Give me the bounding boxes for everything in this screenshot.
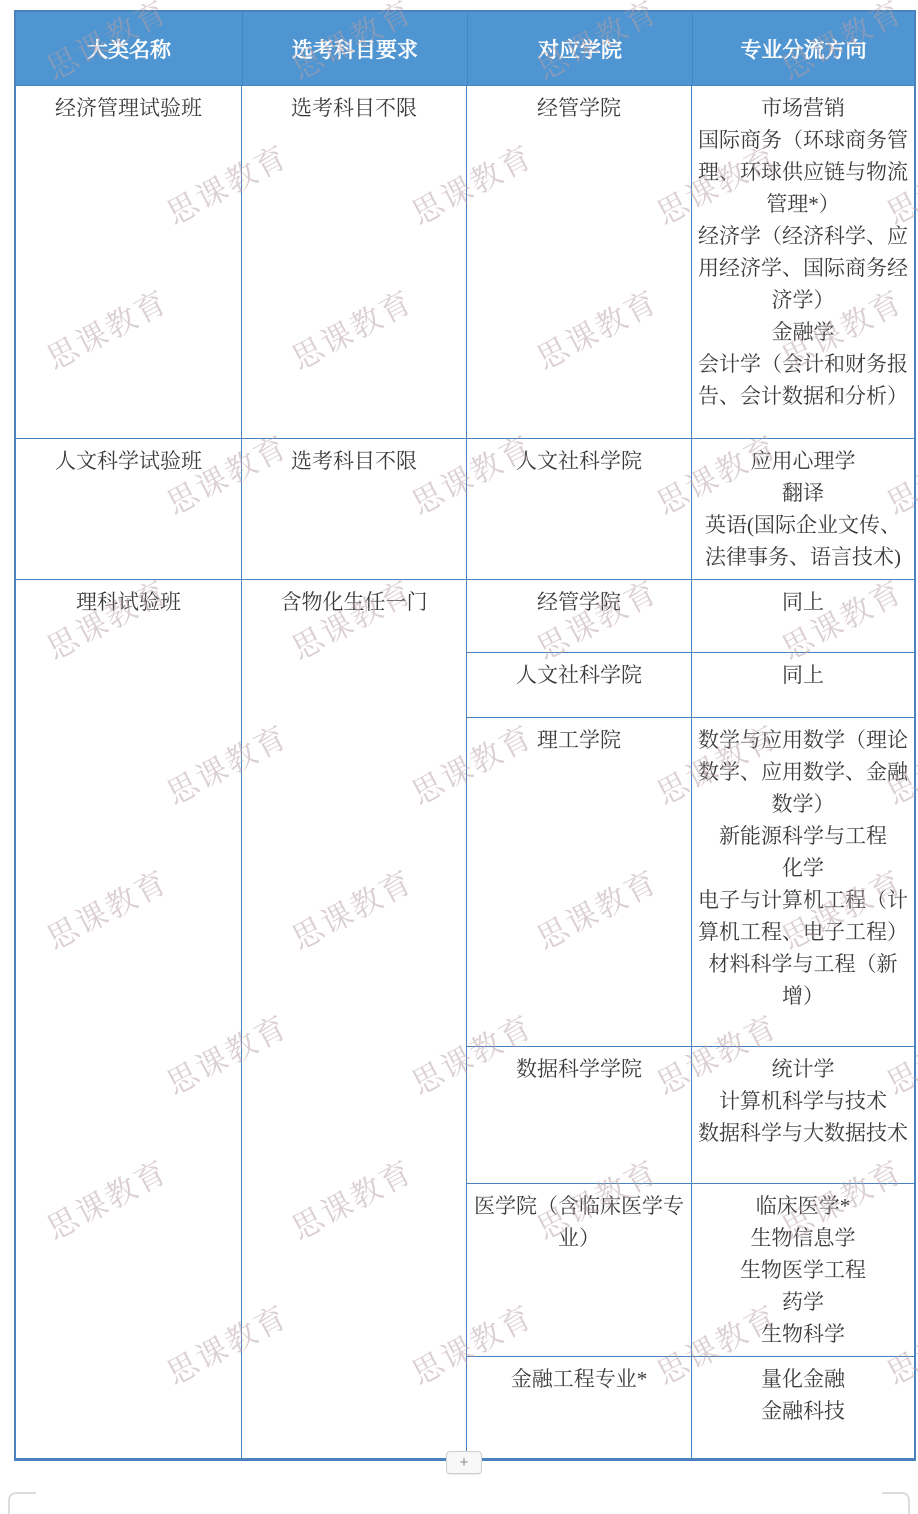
requirement-cell: 选考科目不限	[242, 439, 467, 579]
major-item: 同上	[696, 659, 910, 691]
header-category: 大类名称	[16, 12, 242, 85]
major-item: 金融学	[696, 316, 910, 348]
major-item: 新能源科学与工程	[696, 820, 910, 852]
college-cell: 人文社科学院	[467, 439, 692, 579]
major-item: 生物科学	[696, 1318, 910, 1350]
header-subject-requirement: 选考科目要求	[242, 12, 467, 85]
requirement-cell: 选考科目不限	[242, 86, 467, 438]
college-cell: 经管学院	[467, 580, 692, 652]
college-cell: 数据科学学院	[467, 1047, 692, 1183]
majors-cell: 市场营销国际商务（环球商务管理、环球供应链与物流管理*）经济学（经济科学、应用经…	[692, 86, 914, 438]
major-item: 数据科学与大数据技术	[696, 1117, 910, 1149]
college-cell: 医学院（含临床医学专业）	[467, 1184, 692, 1356]
major-item: 临床医学*	[696, 1190, 910, 1222]
college-cell: 经管学院	[467, 86, 692, 438]
majors-cell: 同上	[692, 653, 914, 717]
major-item: 市场营销	[696, 92, 910, 124]
major-item: 材料科学与工程（新增）	[696, 948, 910, 1012]
major-item: 经济学（经济科学、应用经济学、国际商务经济学）	[696, 220, 910, 316]
major-item: 化学	[696, 852, 910, 884]
major-item: 金融科技	[696, 1395, 910, 1427]
college-cell: 理工学院	[467, 718, 692, 1046]
major-item: 统计学	[696, 1053, 910, 1085]
majors-cell: 同上	[692, 580, 914, 652]
category-cell: 经济管理试验班	[16, 86, 242, 438]
majors-cell: 应用心理学翻译英语(国际企业文传、法律事务、语言技术)	[692, 439, 914, 579]
major-item: 电子与计算机工程（计算机工程、电子工程）	[696, 884, 910, 948]
category-cell: 理科试验班	[16, 580, 242, 1458]
major-item: 英语(国际企业文传、法律事务、语言技术)	[696, 509, 910, 573]
major-item: 计算机科学与技术	[696, 1085, 910, 1117]
college-subrow: 理工学院数学与应用数学（理论数学、应用数学、金融数学）新能源科学与工程化学电子与…	[467, 717, 914, 1046]
table-header-row: 大类名称 选考科目要求 对应学院 专业分流方向	[16, 12, 914, 85]
table-row: 理科试验班含物化生任一门经管学院同上人文社科学院同上理工学院数学与应用数学（理论…	[16, 579, 914, 1458]
college-subrow: 医学院（含临床医学专业）临床医学*生物信息学生物医学工程药学生物科学	[467, 1183, 914, 1356]
majors-cell: 临床医学*生物信息学生物医学工程药学生物科学	[692, 1184, 914, 1356]
college-subrow: 经管学院同上	[467, 580, 914, 652]
header-college: 对应学院	[467, 12, 692, 85]
table-body: 经济管理试验班选考科目不限经管学院市场营销国际商务（环球商务管理、环球供应链与物…	[16, 85, 914, 1458]
major-item: 药学	[696, 1286, 910, 1318]
major-item: 数学与应用数学（理论数学、应用数学、金融数学）	[696, 724, 910, 820]
major-item: 翻译	[696, 477, 910, 509]
majors-cell: 量化金融金融科技	[692, 1357, 914, 1458]
majors-cell: 统计学计算机科学与技术数据科学与大数据技术	[692, 1047, 914, 1183]
college-cell: 金融工程专业*	[467, 1357, 692, 1458]
college-subrow: 金融工程专业*量化金融金融科技	[467, 1356, 914, 1458]
college-subrow: 人文社科学院同上	[467, 652, 914, 717]
major-assignment-table: 大类名称 选考科目要求 对应学院 专业分流方向 经济管理试验班选考科目不限经管学…	[14, 10, 916, 1461]
table-row: 经济管理试验班选考科目不限经管学院市场营销国际商务（环球商务管理、环球供应链与物…	[16, 85, 914, 438]
major-item: 应用心理学	[696, 445, 910, 477]
majors-cell: 数学与应用数学（理论数学、应用数学、金融数学）新能源科学与工程化学电子与计算机工…	[692, 718, 914, 1046]
major-item: 国际商务（环球商务管理、环球供应链与物流管理*）	[696, 124, 910, 220]
requirement-cell: 含物化生任一门	[242, 580, 467, 1458]
next-card-corner-right	[882, 1492, 910, 1514]
category-cell: 人文科学试验班	[16, 439, 242, 579]
major-item: 生物信息学	[696, 1222, 910, 1254]
next-card-corner-left	[8, 1492, 36, 1514]
add-button[interactable]: +	[446, 1451, 482, 1474]
major-item: 量化金融	[696, 1363, 910, 1395]
college-subrow: 经管学院市场营销国际商务（环球商务管理、环球供应链与物流管理*）经济学（经济科学…	[467, 86, 914, 438]
college-subrows: 经管学院同上人文社科学院同上理工学院数学与应用数学（理论数学、应用数学、金融数学…	[467, 580, 914, 1458]
table-row: 人文科学试验班选考科目不限人文社科学院应用心理学翻译英语(国际企业文传、法律事务…	[16, 438, 914, 579]
college-subrow: 人文社科学院应用心理学翻译英语(国际企业文传、法律事务、语言技术)	[467, 439, 914, 579]
major-item: 生物医学工程	[696, 1254, 910, 1286]
college-subrows: 人文社科学院应用心理学翻译英语(国际企业文传、法律事务、语言技术)	[467, 439, 914, 579]
major-item: 会计学（会计和财务报告、会计数据和分析）	[696, 348, 910, 412]
major-item: 同上	[696, 586, 910, 618]
header-major-direction: 专业分流方向	[692, 12, 914, 85]
college-subrow: 数据科学学院统计学计算机科学与技术数据科学与大数据技术	[467, 1046, 914, 1183]
college-cell: 人文社科学院	[467, 653, 692, 717]
college-subrows: 经管学院市场营销国际商务（环球商务管理、环球供应链与物流管理*）经济学（经济科学…	[467, 86, 914, 438]
